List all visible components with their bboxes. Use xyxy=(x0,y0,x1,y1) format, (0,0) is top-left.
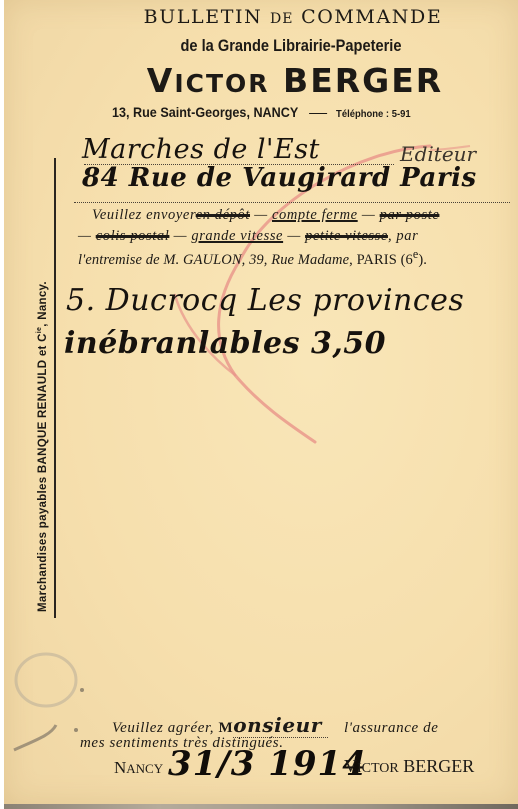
telephone-text: Téléphone : 5-91 xyxy=(336,108,411,120)
option-en-depot-struck: en dépôt xyxy=(196,207,250,223)
option-colis-postal-struck: colis postal xyxy=(96,228,170,244)
rue-madame: Rue Madame xyxy=(271,252,349,268)
payment-note-end: , Nancy. xyxy=(37,281,49,327)
place-rest: ANCY xyxy=(126,761,163,776)
separator: — xyxy=(358,207,380,223)
assurance-text: l'assurance de xyxy=(344,720,439,736)
order-line-1-handwritten: 5. Ducrocq Les provinces xyxy=(66,283,464,318)
paris-text: , PARIS (6 xyxy=(349,252,413,268)
separator: — xyxy=(283,228,305,244)
shipping-line-1: Veuillez envoyeren dépôt — compte ferme … xyxy=(92,207,439,224)
option-grande-vitesse-selected: grande vitesse xyxy=(191,228,283,244)
separator: — xyxy=(250,207,272,223)
option-petite-vitesse-struck: petite vitesse xyxy=(305,228,388,244)
sign-first: ICTOR xyxy=(357,761,399,776)
shipping-line-3: l'entremise de M. GAULON, 39, Rue Madame… xyxy=(78,247,427,269)
recipient-dotted-line-2 xyxy=(74,202,510,203)
shipping-line-2: — colis postal — grande vitesse — petite… xyxy=(78,228,418,245)
sign-initial: V xyxy=(344,756,357,776)
veuillez-agreer: Veuillez agréer, xyxy=(112,720,218,736)
recipient-address-handwritten: 84 Rue de Vaugirard Paris xyxy=(82,163,477,193)
title-commande: COMMANDE xyxy=(301,6,442,28)
place-nancy: NANCY xyxy=(114,758,163,778)
closing-paren: ). xyxy=(418,252,427,268)
option-compte-ferme-selected: compte ferme xyxy=(272,207,358,223)
veuillez-envoyer: Veuillez envoyer xyxy=(92,207,196,223)
closing-line-1: Veuillez agréer, Monsieurl'assurance de xyxy=(112,713,438,737)
order-form-card xyxy=(4,0,518,804)
salutation-m: M xyxy=(218,720,233,736)
shop-name-initial: V xyxy=(147,61,175,100)
place-initial: N xyxy=(114,758,126,777)
form-title: BULLETIN DE COMMANDE xyxy=(78,6,508,28)
payment-note-sup: ie xyxy=(36,327,43,333)
sign-last: BERGER xyxy=(403,756,474,776)
entremise-text: l'entremise de M. GAULON, 39, xyxy=(78,252,271,268)
address-text: 13, Rue Saint-Georges, NANCY xyxy=(112,104,298,120)
date-handwritten: 31/3 1914 xyxy=(168,744,367,784)
shop-name-last: BERGER xyxy=(283,61,443,100)
shop-address: 13, Rue Saint-Georges, NANCYTéléphone : … xyxy=(112,104,411,120)
separator: — xyxy=(78,228,96,244)
shop-name: VICTOR BERGER xyxy=(80,61,510,100)
title-de: DE xyxy=(270,11,293,27)
divider-dash xyxy=(309,113,327,114)
payment-note-text: Marchandises payables BANQUE RENAULD et … xyxy=(37,333,49,612)
side-rule xyxy=(54,158,56,618)
order-line-2-handwritten: inébranlables 3,50 xyxy=(64,326,386,361)
recipient-name-handwritten: Marches de l'Est xyxy=(82,134,320,165)
option-par-poste-struck: par poste xyxy=(380,207,440,223)
shop-subtitle: de la Grande Librairie-Papeterie xyxy=(106,36,476,56)
card-bottom-edge xyxy=(4,804,518,809)
par-text: , par xyxy=(388,228,418,244)
signature-victor-berger: VICTOR BERGER xyxy=(344,756,474,777)
shop-name-first: ICTOR xyxy=(174,69,269,98)
separator: — xyxy=(169,228,191,244)
payment-note: Marchandises payables BANQUE RENAULD et … xyxy=(36,281,49,612)
title-bulletin: BULLETIN xyxy=(144,6,263,28)
